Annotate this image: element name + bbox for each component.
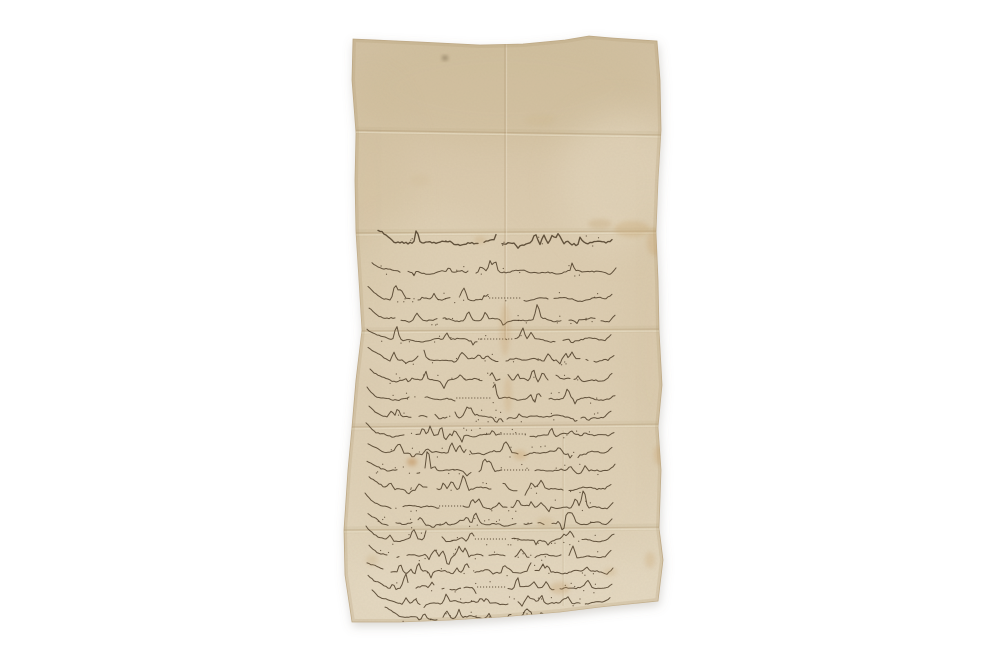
manuscript-photo (0, 0, 1000, 666)
manuscript-paper (328, 20, 680, 645)
photo-canvas: Photograph of an antique handwritten man… (0, 0, 1000, 666)
paper-grain-texture (330, 20, 680, 645)
